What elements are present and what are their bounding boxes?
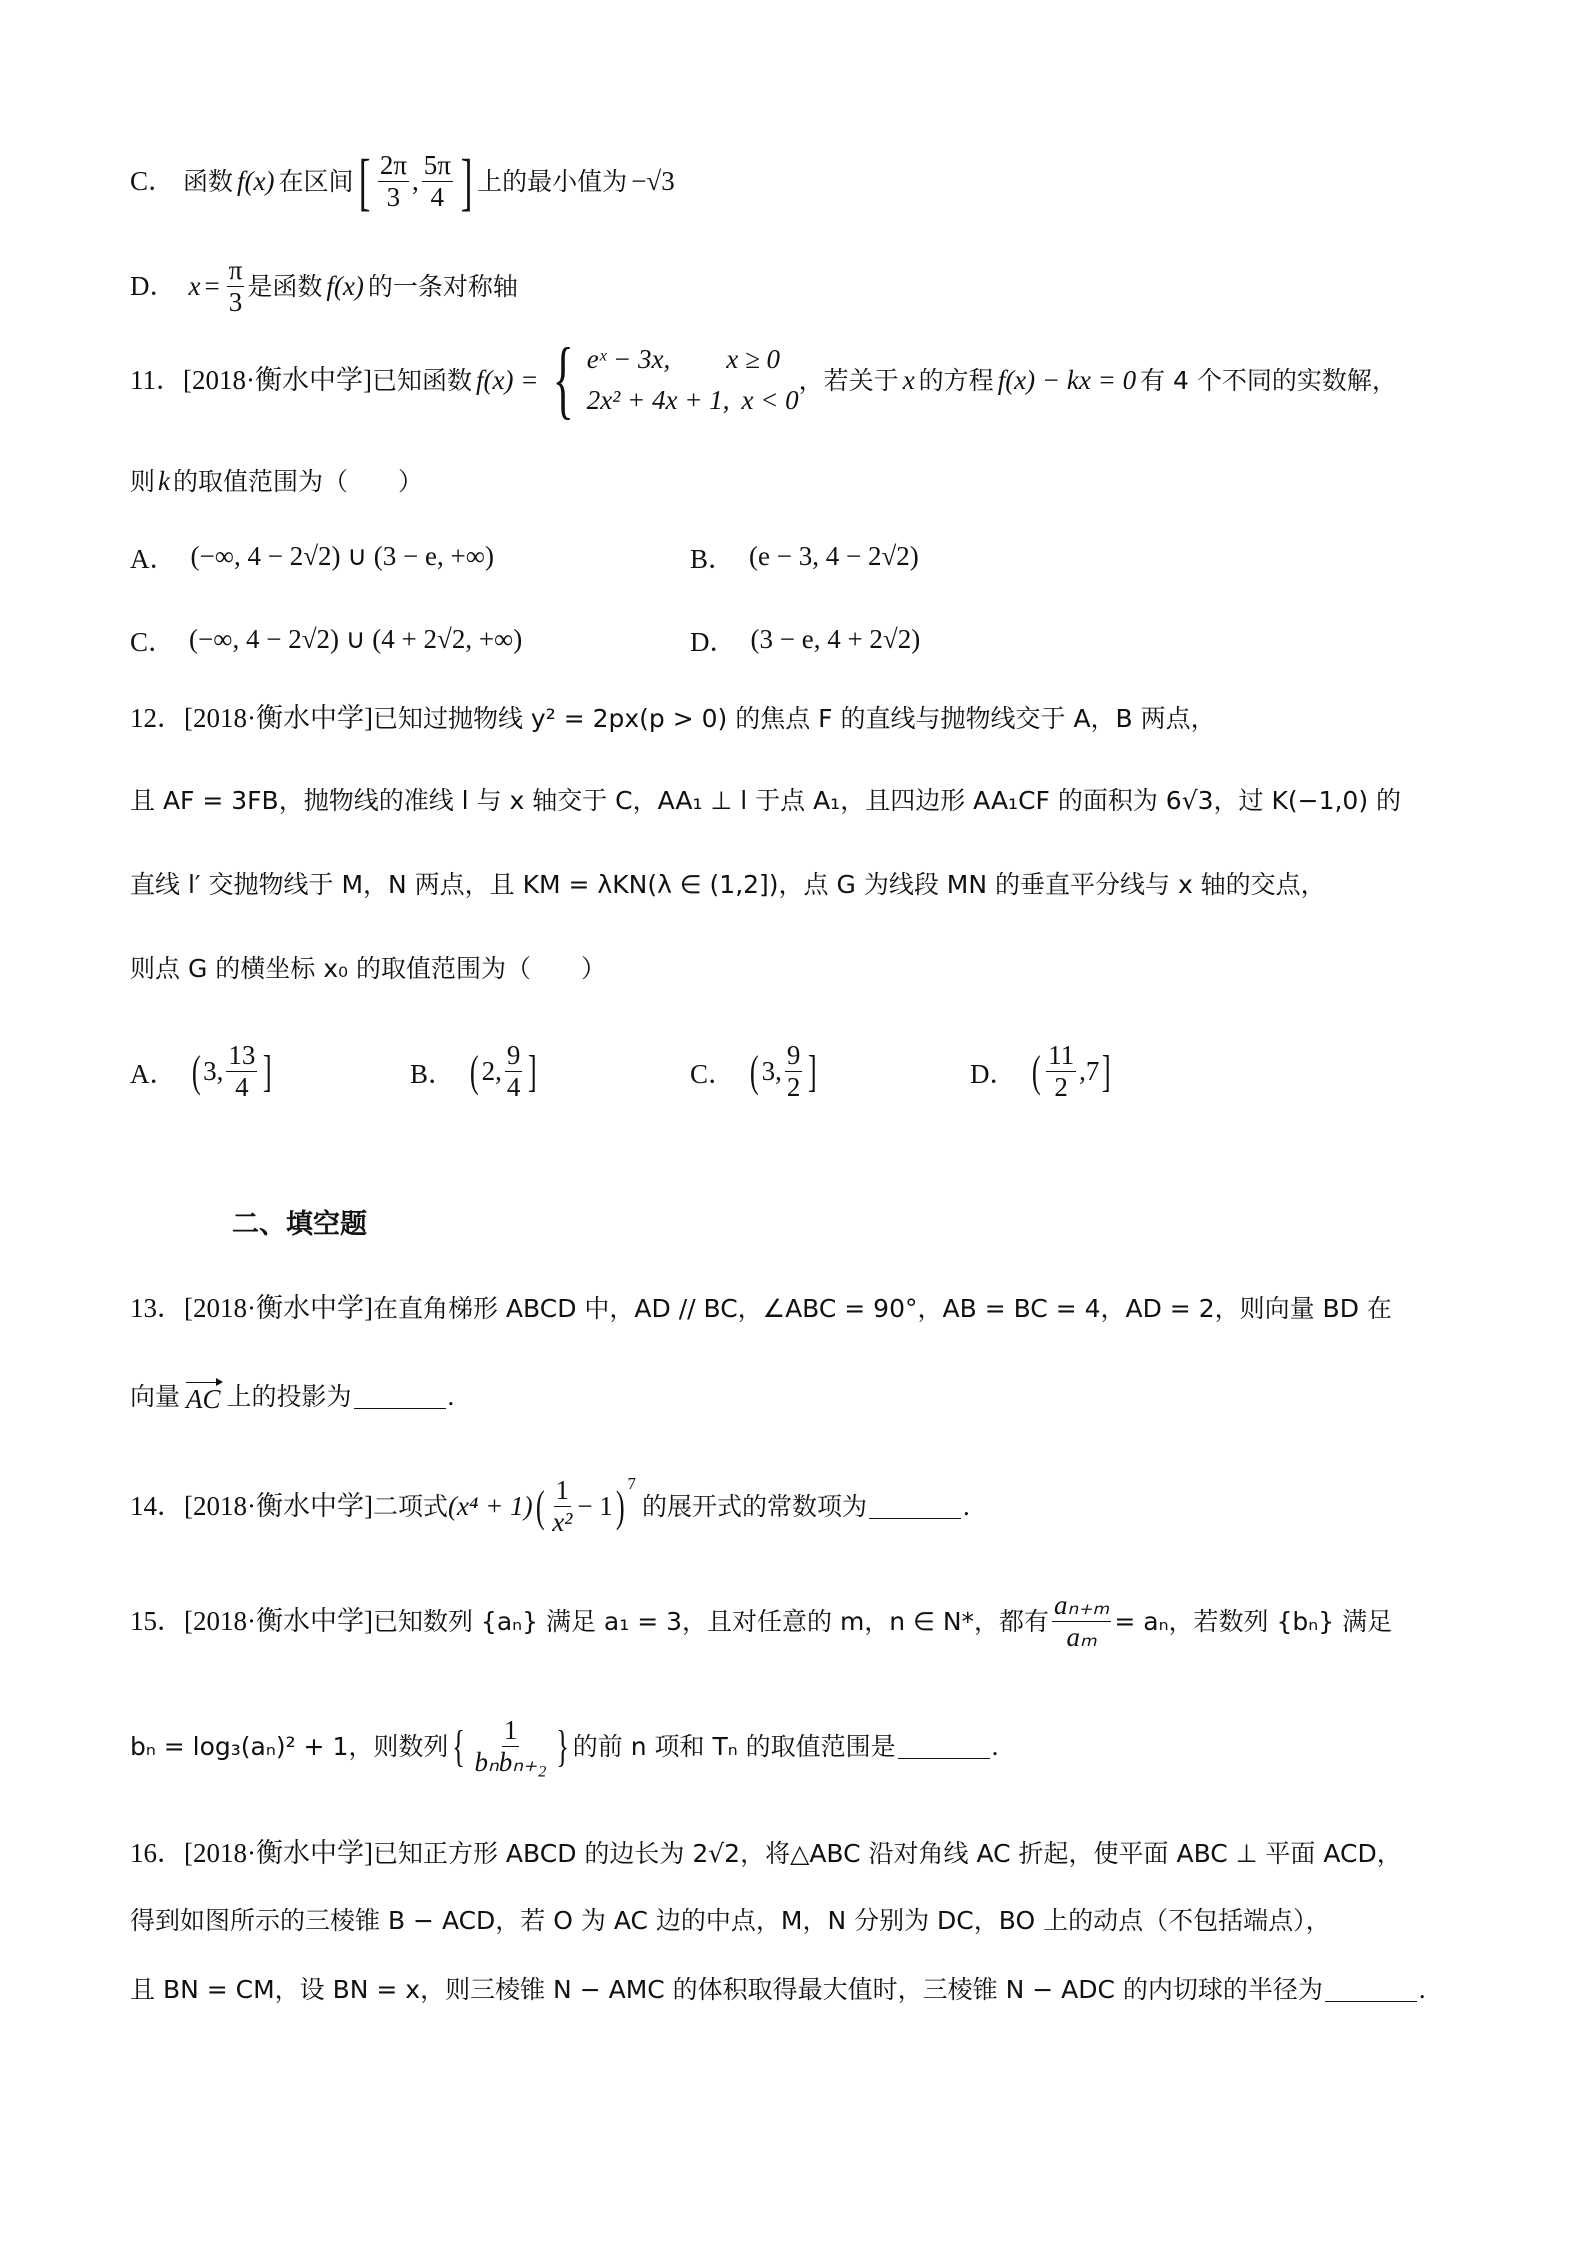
bracket: ] <box>808 1052 817 1092</box>
math-factor: (x⁴ + 1) <box>448 1493 533 1520</box>
option-label: B． <box>690 537 735 576</box>
q13-line1: 13． [2018·衡水中学] 在直角梯形 ABCD 中，AD // BC，∠A… <box>130 1295 1392 1322</box>
option-label: C． <box>130 620 175 659</box>
question-number: 12． <box>130 705 184 732</box>
option-label: C． <box>130 168 175 195</box>
math-fx: f(x) <box>237 168 274 195</box>
fraction: 1bₙbₙ₊₂ <box>473 1715 549 1778</box>
fraction: 5π4 <box>422 150 453 213</box>
bracket: ] <box>528 1052 537 1092</box>
question-number: 11． <box>130 367 183 394</box>
brace: } <box>556 1727 569 1767</box>
option-label: C． <box>690 1052 735 1091</box>
answer-blank[interactable] <box>898 1734 990 1759</box>
denominator: 3 <box>227 287 245 318</box>
q15-line1: 15． [2018·衡水中学] 已知数列 {aₙ} 满足 a₁ = 3，且对任意… <box>130 1590 1392 1653</box>
question-source: [2018·衡水中学] <box>184 1295 373 1322</box>
period: . <box>992 1733 999 1760</box>
numerator: 2π <box>378 150 409 182</box>
section-heading: 二、填空题 <box>232 1202 367 1241</box>
answer-blank[interactable] <box>869 1494 961 1519</box>
bracket: [ <box>358 153 370 211</box>
text: 已知函数 <box>372 368 472 393</box>
option-label: D． <box>690 620 737 659</box>
numerator: 13 <box>226 1040 257 1072</box>
q12-option-a[interactable]: A． ( 3, 134 ] <box>130 1040 275 1103</box>
math-fx: f(x) <box>326 273 363 300</box>
numerator: 9 <box>785 1040 803 1072</box>
fraction: π3 <box>227 255 245 318</box>
q11-stem: 11． [2018·衡水中学] 已知函数 f(x) = { eˣ − 3x,x … <box>130 345 1397 415</box>
math-fx: f(x) = <box>476 367 538 394</box>
text: 直线 l′ 交抛物线于 M，N 两点，且 KM = λKN(λ ∈ (1,2])… <box>130 872 1326 897</box>
numerator: 5π <box>422 150 453 182</box>
brace: { <box>553 345 574 415</box>
option-label: D． <box>130 273 177 300</box>
text: 已知正方形 ABCD 的边长为 2√2，将△ABC 沿对角线 AC 折起，使平面… <box>373 1841 1402 1866</box>
text: 上的最小值为 <box>477 169 627 194</box>
fraction: 1x² <box>550 1475 574 1538</box>
bracket: ] <box>461 153 473 211</box>
fraction: 134 <box>226 1040 257 1103</box>
piece-cond: x < 0 <box>741 385 798 415</box>
numerator: 1 <box>554 1475 572 1507</box>
text: 函数 <box>183 169 233 194</box>
text: bₙ = log₃(aₙ)² + 1，则数列 <box>130 1734 448 1759</box>
question-source: [2018·衡水中学] <box>184 1840 373 1867</box>
denominator: 4 <box>233 1072 251 1103</box>
numerator: aₙ₊ₘ <box>1052 1590 1111 1622</box>
option-label: D． <box>970 1052 1017 1091</box>
text: 向量 <box>130 1384 180 1409</box>
bracket: ] <box>1102 1052 1111 1092</box>
question-number: 15． <box>130 1608 184 1635</box>
piece-cond: x ≥ 0 <box>726 344 780 374</box>
fraction: 94 <box>505 1040 523 1103</box>
text: 的方程 <box>919 368 994 393</box>
text: 在直角梯形 ABCD 中，AD // BC，∠ABC = 90°，AB = BC… <box>373 1296 1392 1321</box>
q11-option-d[interactable]: D． (3 − e, 4 + 2√2) <box>690 620 920 659</box>
text: 是函数 <box>247 274 322 299</box>
option-text: (−∞, 4 − 2√2) ∪ (4 + 2√2, +∞) <box>189 624 522 655</box>
text: ，若关于 <box>799 368 899 393</box>
text: 二项式 <box>373 1494 448 1519</box>
question-number: 14． <box>130 1493 184 1520</box>
option-text: (3 − e, 4 + 2√2) <box>751 624 921 655</box>
denominator: 2 <box>785 1072 803 1103</box>
text: 在区间 <box>279 169 354 194</box>
q12-option-b[interactable]: B． ( 2, 94 ] <box>410 1040 540 1103</box>
text: 已知数列 {aₙ} 满足 a₁ = 3，且对任意的 m，n ∈ N*，都有 <box>373 1609 1049 1634</box>
q16-line3: 且 BN = CM，设 BN = x，则三棱锥 N − AMC 的体积取得最大值… <box>130 1976 1426 2003</box>
bracket: ( <box>1031 1052 1040 1092</box>
period: . <box>963 1493 970 1520</box>
q16-line1: 16． [2018·衡水中学] 已知正方形 ABCD 的边长为 2√2，将△AB… <box>130 1840 1402 1867</box>
fraction: 2π3 <box>378 150 409 213</box>
q12-line1: 12． [2018·衡水中学] 已知过抛物线 y² = 2px(p > 0) 的… <box>130 705 1216 732</box>
option-text: (−∞, 4 − 2√2) ∪ (3 − e, +∞) <box>191 541 494 572</box>
option-label: A． <box>130 537 177 576</box>
q11-option-a[interactable]: A． (−∞, 4 − 2√2) ∪ (3 − e, +∞) <box>130 537 494 576</box>
q16-line2: 得到如图所示的三棱锥 B − ACD，若 O 为 AC 边的中点，M，N 分别为… <box>130 1908 1331 1933</box>
text: 且 AF = 3FB，抛物线的准线 l 与 x 轴交于 C，AA₁ ⊥ l 于点… <box>130 788 1401 813</box>
text: 的前 n 项和 Tₙ 的取值范围是 <box>573 1734 896 1759</box>
value: 3, <box>762 1056 782 1087</box>
option-label: A． <box>130 1052 177 1091</box>
paren: ( <box>536 1487 545 1527</box>
fraction: aₙ₊ₘaₘ <box>1052 1590 1111 1653</box>
text: 上的投影为 <box>227 1384 352 1409</box>
numerator: 9 <box>505 1040 523 1072</box>
option-label: B． <box>410 1052 455 1091</box>
piece-expr: eˣ − 3x, <box>587 344 671 374</box>
denominator: 4 <box>505 1072 523 1103</box>
value: ,7 <box>1079 1056 1099 1087</box>
numerator: 1 <box>502 1715 520 1747</box>
paren: ) <box>616 1487 625 1527</box>
denominator: bₙbₙ₊₂ <box>473 1747 549 1778</box>
text: 有 4 个不同的实数解， <box>1140 368 1397 393</box>
text: = aₙ，若数列 {bₙ} 满足 <box>1114 1609 1392 1634</box>
value: 2, <box>482 1056 502 1087</box>
text: 的取值范围为（ ） <box>173 469 423 494</box>
answer-blank[interactable] <box>354 1384 446 1409</box>
q12-option-c[interactable]: C． ( 3, 92 ] <box>690 1040 820 1103</box>
bracket: ( <box>470 1052 479 1092</box>
q12-option-d[interactable]: D． ( 112 ,7 ] <box>970 1040 1114 1103</box>
math-term: − 1 <box>577 1493 612 1520</box>
question-source: [2018·衡水中学] <box>183 367 372 394</box>
bracket: ] <box>263 1052 272 1092</box>
period: . <box>1419 1976 1426 2003</box>
question-source: [2018·衡水中学] <box>184 705 373 732</box>
q11-option-c[interactable]: C． (−∞, 4 − 2√2) ∪ (4 + 2√2, +∞) <box>130 620 522 659</box>
answer-blank[interactable] <box>1325 1977 1417 2002</box>
q10-option-c: C． 函数 f(x) 在区间 [ 2π3, 5π4 ] 上的最小值为 −√3 <box>130 150 675 213</box>
q12-line4: 则点 G 的横坐标 x₀ 的取值范围为（ ） <box>130 956 606 981</box>
vector: AC <box>186 1380 221 1413</box>
text: 已知过抛物线 y² = 2px(p > 0) 的焦点 F 的直线与抛物线交于 A… <box>373 706 1216 731</box>
question-source: [2018·衡水中学] <box>184 1493 373 1520</box>
q14-line: 14． [2018·衡水中学] 二项式 (x⁴ + 1) ( 1x² − 1 )… <box>130 1475 970 1538</box>
denominator: 4 <box>429 182 447 213</box>
option-text: (e − 3, 4 − 2√2) <box>749 541 919 572</box>
denominator: aₘ <box>1065 1622 1099 1653</box>
text: 的一条对称轴 <box>368 274 518 299</box>
text: 则点 G 的横坐标 x₀ 的取值范围为（ ） <box>130 956 606 981</box>
piece-expr: 2x² + 4x + 1, <box>587 385 730 415</box>
piecewise: eˣ − 3x,x ≥ 0 2x² + 4x + 1,x < 0 <box>587 345 799 415</box>
fraction: 112 <box>1046 1040 1076 1103</box>
math-equation: f(x) − kx = 0 <box>998 367 1136 394</box>
denominator: 3 <box>385 182 403 213</box>
question-number: 16． <box>130 1840 184 1867</box>
q10-option-d: D． x= π3 是函数 f(x) 的一条对称轴 <box>130 255 518 318</box>
bracket: ( <box>750 1052 759 1092</box>
q11-option-b[interactable]: B． (e − 3, 4 − 2√2) <box>690 537 919 576</box>
value: 3, <box>203 1056 223 1087</box>
brace: { <box>453 1727 466 1767</box>
bracket: ( <box>191 1052 200 1092</box>
q12-line3: 直线 l′ 交抛物线于 M，N 两点，且 KM = λKN(λ ∈ (1,2])… <box>130 872 1326 897</box>
fraction: 92 <box>785 1040 803 1103</box>
question-number: 13． <box>130 1295 184 1322</box>
math-value: −√3 <box>631 168 675 195</box>
denominator: 2 <box>1052 1072 1070 1103</box>
text: 得到如图所示的三棱锥 B − ACD，若 O 为 AC 边的中点，M，N 分别为… <box>130 1908 1331 1933</box>
text: 的展开式的常数项为 <box>642 1494 867 1519</box>
q11-stem-line2: 则 k 的取值范围为（ ） <box>130 468 423 495</box>
numerator: 11 <box>1046 1040 1076 1072</box>
text: 且 BN = CM，设 BN = x，则三棱锥 N − AMC 的体积取得最大值… <box>130 1977 1323 2002</box>
math-x: x <box>189 273 201 300</box>
q13-line2: 向量 AC 上的投影为 . <box>130 1380 454 1413</box>
text: 则 <box>130 469 155 494</box>
period: . <box>448 1383 455 1410</box>
denominator: x² <box>550 1507 574 1538</box>
q12-line2: 且 AF = 3FB，抛物线的准线 l 与 x 轴交于 C，AA₁ ⊥ l 于点… <box>130 788 1401 813</box>
exponent: 7 <box>627 1475 636 1492</box>
question-source: [2018·衡水中学] <box>184 1608 373 1635</box>
numerator: π <box>227 255 245 287</box>
q15-line2: bₙ = log₃(aₙ)² + 1，则数列 { 1bₙbₙ₊₂ } 的前 n … <box>130 1715 998 1778</box>
